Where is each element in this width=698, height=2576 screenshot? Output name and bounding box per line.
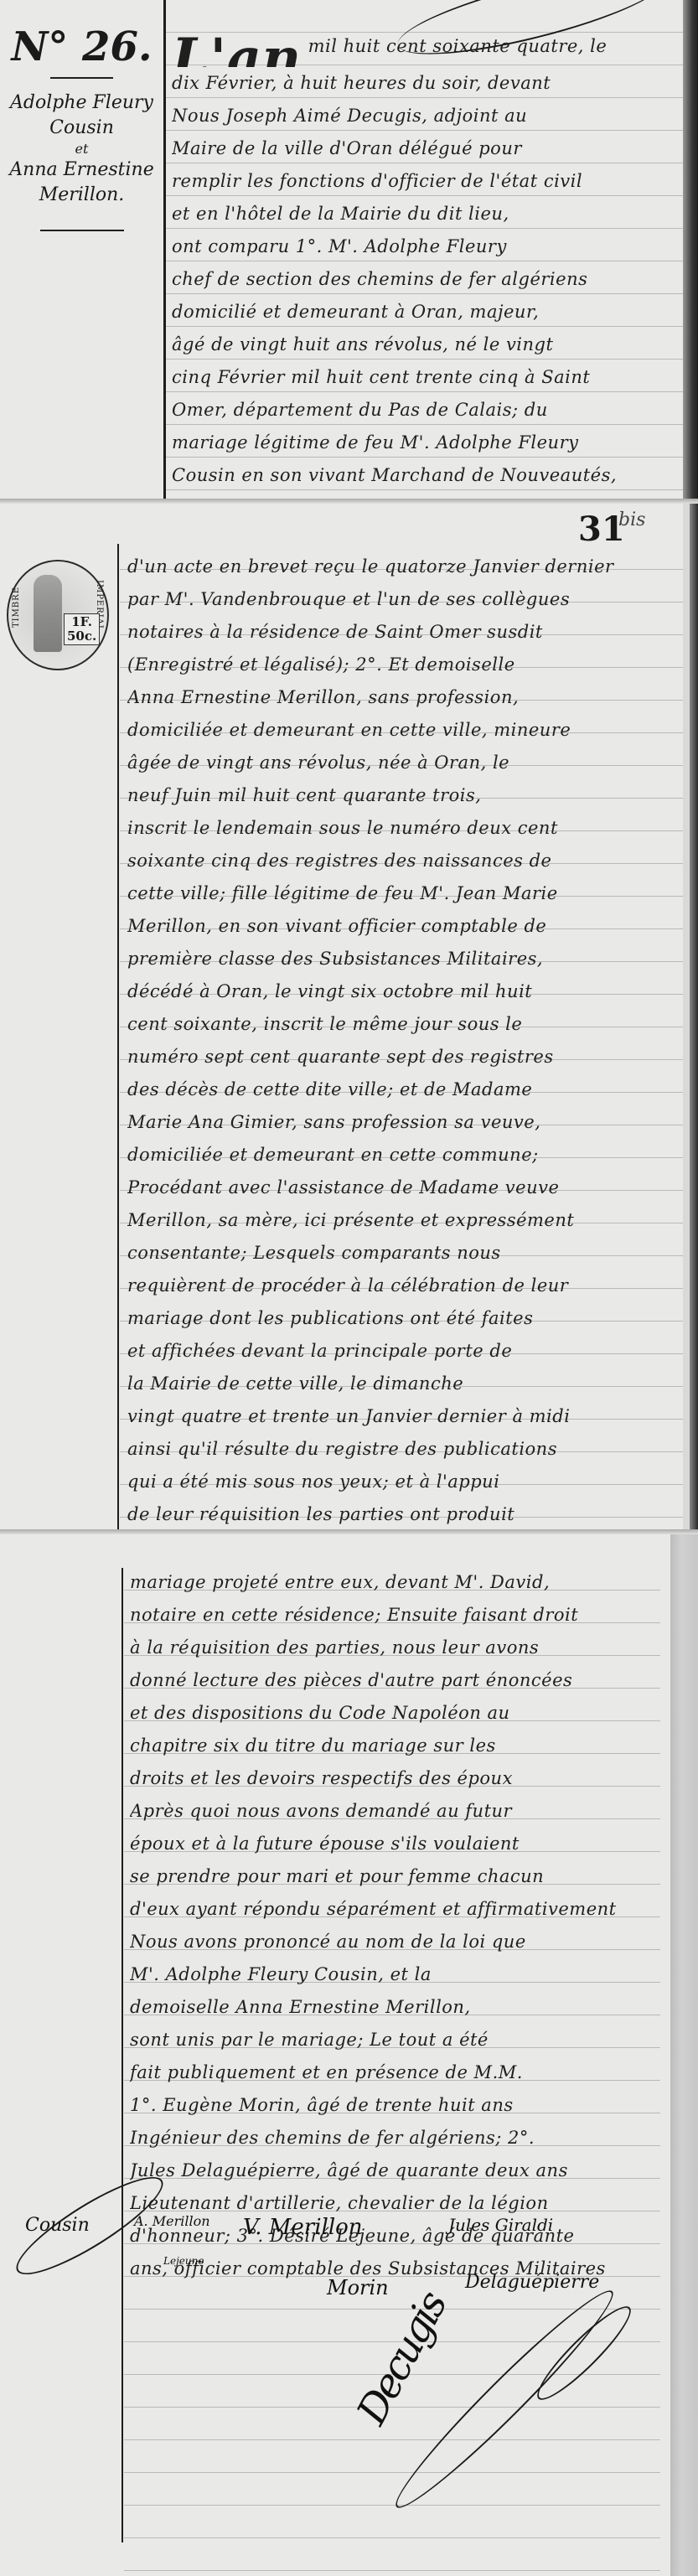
binding-gutter xyxy=(683,0,698,499)
text-line: ainsi qu'il résulte du registre des publ… xyxy=(127,1433,666,1466)
bride-name-line2: Merillon. xyxy=(0,183,163,208)
text-line: âgé de vingt huit ans révolus, né le vin… xyxy=(172,328,666,361)
page-2: d'un acte en brevet reçu le quatorze Jan… xyxy=(0,504,683,1529)
text-line: et en l'hôtel de la Mairie du dit lieu, xyxy=(172,198,666,230)
text-line: époux et à la future épouse s'ils voulai… xyxy=(130,1828,645,1860)
page-1: N° 26. Adolphe Fleury Cousin et Anna Ern… xyxy=(0,0,683,499)
text-line: dix Février, à huit heures du soir, deva… xyxy=(172,67,666,100)
text-line: âgée de vingt ans révolus, née à Oran, l… xyxy=(127,747,666,779)
text-line: Maire de la ville d'Oran délégué pour xyxy=(172,132,666,165)
divider xyxy=(50,77,113,79)
groom-name-line1: Adolphe Fleury xyxy=(0,91,163,116)
drop-cap: L'an xyxy=(172,34,302,67)
text-line: demoiselle Anna Ernestine Merillon, xyxy=(130,1991,645,2024)
text-line: mariage dont les publications ont été fa… xyxy=(127,1302,666,1335)
body-text: L'an mil huit cent soixante quatre, le d… xyxy=(172,30,666,492)
text-line: Merillon, sa mère, ici présente et expre… xyxy=(127,1204,666,1237)
bride-name-line1: Anna Ernestine xyxy=(0,158,163,183)
signature-groom: Cousin xyxy=(25,2215,90,2236)
text-line: sont unis par le mariage; Le tout a été xyxy=(130,2024,645,2056)
text-line: qui a été mis sous nos yeux; et à l'appu… xyxy=(127,1466,666,1498)
text-line: cinq Février mil huit cent trente cinq à… xyxy=(172,361,666,394)
stamp-text-left: TIMBRE xyxy=(12,587,21,628)
stamp-value-francs: 1F. xyxy=(67,615,96,629)
signature-bride-mother: V. Merillon xyxy=(243,2215,363,2240)
text-line: notaire en cette résidence; Ensuite fais… xyxy=(130,1599,645,1632)
text-line: (Enregistré et légalisé); 2°. Et demoise… xyxy=(127,649,666,681)
folio-mark: bis xyxy=(618,510,645,530)
margin-rule xyxy=(163,0,166,499)
signature-witness-morin: Morin xyxy=(327,2276,389,2299)
text-line: neuf Juin mil huit cent quarante trois, xyxy=(127,779,666,812)
text-line: vingt quatre et trente un Janvier dernie… xyxy=(127,1400,666,1433)
justice-figure-icon xyxy=(34,575,62,652)
stamp-value: 1F. 50c. xyxy=(64,613,100,645)
text-line: et affichées devant la principale porte … xyxy=(127,1335,666,1368)
text-line: domiciliée et demeurant en cette commune… xyxy=(127,1139,666,1172)
text-line: d'un acte en brevet reçu le quatorze Jan… xyxy=(127,551,666,583)
text-line: se prendre pour mari et pour femme chacu… xyxy=(130,1860,645,1893)
text-line: par M'. Vandenbrouque et l'un de ses col… xyxy=(127,583,666,616)
text-line: soixante cinq des registres des naissanc… xyxy=(127,845,666,877)
margin-rule xyxy=(122,1568,123,2542)
signature-witness-delaguepierre: Delaguépierre xyxy=(465,2272,599,2293)
binding-gutter xyxy=(690,504,698,1529)
text-line: mil huit cent soixante quatre, le xyxy=(308,36,608,56)
margin-annotation: N° 26. Adolphe Fleury Cousin et Anna Ern… xyxy=(0,0,163,231)
text-line: donné lecture des pièces d'autre part én… xyxy=(130,1664,645,1697)
text-line: M'. Adolphe Fleury Cousin, et la xyxy=(130,1958,645,1991)
text-line: domiciliée et demeurant en cette ville, … xyxy=(127,714,666,747)
text-line: notaires à la résidence de Saint Omer su… xyxy=(127,616,666,649)
text-line: mariage légitime de feu M'. Adolphe Fleu… xyxy=(172,427,666,459)
imperial-tax-stamp: TIMBRE IMPERIAL. 1F. 50c. xyxy=(7,560,109,670)
text-line: Anna Ernestine Merillon, sans profession… xyxy=(127,681,666,714)
text-line: remplir les fonctions d'officier de l'ét… xyxy=(172,165,666,198)
text-line: Procédant avec l'assistance de Madame ve… xyxy=(127,1172,666,1204)
text-line: Ingénieur des chemins de fer algériens; … xyxy=(130,2122,645,2154)
signature-bride: A. Merillon xyxy=(134,2213,210,2229)
page-3: mariage projeté entre eux, devant M'. Da… xyxy=(0,1534,670,2576)
signature-witness-lejeune: Lejeune xyxy=(163,2255,204,2267)
text-line: première classe des Subsistances Militai… xyxy=(127,943,666,975)
text-line: Jules Delaguépierre, âgé de quarante deu… xyxy=(130,2154,645,2187)
text-line: requièrent de procéder à la célébration … xyxy=(127,1270,666,1302)
text-line: 1°. Eugène Morin, âgé de trente huit ans xyxy=(130,2089,645,2122)
text-line: Merillon, en son vivant officier comptab… xyxy=(127,910,666,943)
text-line: Anna Ernestine Merillon, sans profession… xyxy=(127,687,519,707)
text-line: Omer, département du Pas de Calais; du xyxy=(172,394,666,427)
signature-witness-giraldi: Jules Giraldi xyxy=(448,2215,553,2235)
text-line: consentante; Lesquels comparants nous xyxy=(127,1237,666,1270)
text-line: ont comparu 1°. M'. Adolphe Fleury xyxy=(172,230,666,263)
text-line: d'eux ayant répondu séparément et affirm… xyxy=(130,1893,645,1926)
text-line: droits et les devoirs respectifs des épo… xyxy=(130,1762,645,1795)
text-line: Après quoi nous avons demandé au futur xyxy=(130,1795,645,1828)
text-line: cent soixante, inscrit le même jour sous… xyxy=(127,1008,666,1041)
text-line: et des dispositions du Code Napoléon au xyxy=(130,1697,645,1730)
groom-name-line2: Cousin xyxy=(0,116,163,141)
margin-rule xyxy=(117,544,119,1529)
text-line: décédé à Oran, le vingt six octobre mil … xyxy=(127,975,666,1008)
text-line: de leur réquisition les parties ont prod… xyxy=(127,1498,666,1529)
text-line: des décès de cette dite ville; et de Mad… xyxy=(127,1073,666,1106)
text-line: inscrit le lendemain sous le numéro deux… xyxy=(127,812,666,845)
text-line: cette ville; fille légitime de feu M'. J… xyxy=(127,877,666,910)
text-line: la Mairie de cette ville, le dimanche xyxy=(127,1368,666,1400)
text-line: à la réquisition des parties, nous leur … xyxy=(130,1632,645,1664)
record-number: N° 26. xyxy=(0,23,163,70)
text-line: mariage projeté entre eux, devant M'. Da… xyxy=(130,1566,645,1599)
body-text: mariage projeté entre eux, devant M'. Da… xyxy=(130,1566,645,2285)
stamp-value-centimes: 50c. xyxy=(67,629,96,644)
binding-gutter xyxy=(670,1534,698,2576)
divider xyxy=(40,230,124,231)
conjunction: et xyxy=(0,141,163,158)
text-line: chef de section des chemins de fer algér… xyxy=(172,263,666,296)
text-line: fait publiquement et en présence de M.M. xyxy=(130,2056,645,2089)
text-line: Nous Joseph Aimé Decugis, adjoint au xyxy=(172,100,666,132)
text-line: Cousin en son vivant Marchand de Nouveau… xyxy=(172,459,666,492)
body-text: d'un acte en brevet reçu le quatorze Jan… xyxy=(127,551,666,1529)
text-line: Marie Ana Gimier, sans profession sa veu… xyxy=(127,1106,666,1139)
text-line: Nous avons prononcé au nom de la loi que xyxy=(130,1926,645,1958)
text-line: chapitre six du titre du mariage sur les xyxy=(130,1730,645,1762)
text-line: numéro sept cent quarante sept des regis… xyxy=(127,1041,666,1073)
text-line: domicilié et demeurant à Oran, majeur, xyxy=(172,296,666,328)
